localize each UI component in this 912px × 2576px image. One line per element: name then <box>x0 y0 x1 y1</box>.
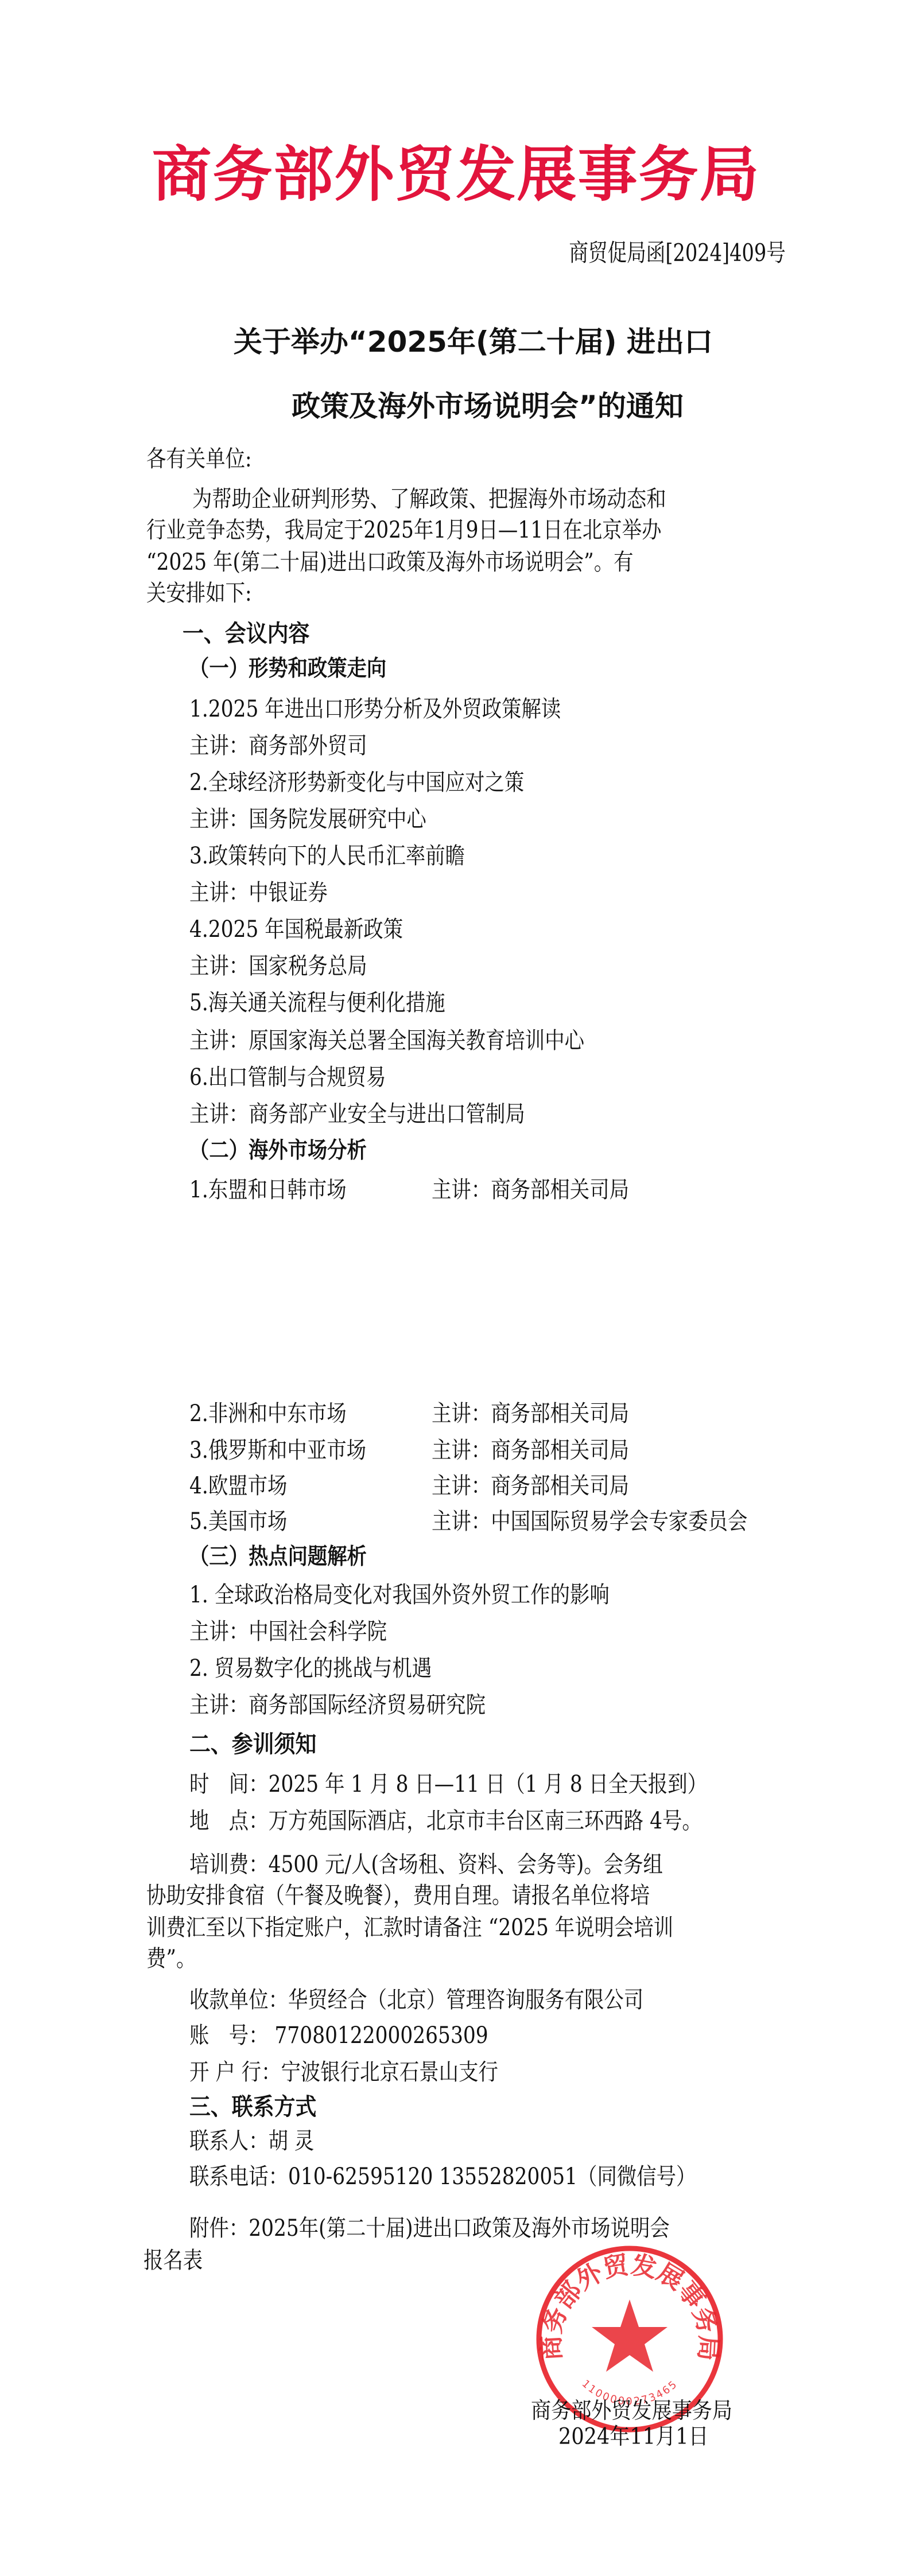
training-fee-line: 费”。 <box>146 1945 196 1972</box>
agenda-speaker: 主讲：商务部相关司局 <box>432 1400 629 1427</box>
agenda-topic: 6.出口管制与合规贸易 <box>189 1064 386 1091</box>
training-fee-line: 协助安排食宿（午餐及晚餐），费用自理。请报名单位将培 <box>146 1882 650 1909</box>
section-title-meeting-content: 一、会议内容 <box>183 620 309 647</box>
agenda-topic: 4.2025 年国税最新政策 <box>189 916 403 943</box>
agenda-speaker: 主讲：国家税务总局 <box>189 952 367 980</box>
attachment-line: 附件：2025年(第二十届)进出口政策及海外市场说明会 <box>189 2215 670 2242</box>
agenda-topic: 4.欧盟市场 <box>189 1472 287 1500</box>
document-number: 商贸促局函[2024]409号 <box>569 234 786 269</box>
agenda-speaker: 主讲：中国国际贸易学会专家委员会 <box>432 1508 747 1535</box>
intro-line: 为帮助企业研判形势、了解政策、把握海外市场动态和 <box>192 485 666 513</box>
intro-line: “2025 年(第二十届)进出口政策及海外市场说明会”。有 <box>146 548 633 576</box>
agenda-topic: 5.海关通关流程与便利化措施 <box>189 989 445 1017</box>
subsection-title-situation-policy: （一）形势和政策走向 <box>189 655 386 683</box>
intro-line: 关安排如下: <box>146 579 252 607</box>
agenda-topic: 2.全球经济形势新变化与中国应对之策 <box>189 769 524 796</box>
agenda-speaker: 主讲：中银证券 <box>189 879 328 906</box>
salutation: 各有关单位: <box>146 445 252 473</box>
signature-date: 2024年11月1日 <box>558 2424 709 2450</box>
agenda-speaker: 主讲：商务部外贸司 <box>189 732 367 760</box>
agenda-speaker: 主讲：商务部国际经济贸易研究院 <box>189 1691 486 1719</box>
agenda-speaker: 主讲：商务部相关司局 <box>432 1176 629 1204</box>
agenda-speaker: 主讲：中国社会科学院 <box>189 1618 387 1645</box>
subsection-title-overseas-markets: （二）海外市场分析 <box>189 1137 367 1165</box>
agenda-topic: 2.非洲和中东市场 <box>189 1400 347 1427</box>
agenda-speaker: 主讲：商务部产业安全与进出口管制局 <box>189 1100 525 1128</box>
agenda-topic: 5.美国市场 <box>189 1508 287 1535</box>
agenda-topic: 2. 贸易数字化的挑战与机遇 <box>189 1655 432 1682</box>
bank-account: 账 号： 77080122000265309 <box>189 2022 488 2049</box>
subsection-title-hot-topics: （三）热点问题解析 <box>189 1543 367 1571</box>
agenda-speaker: 主讲：商务部相关司局 <box>432 1472 629 1500</box>
payee: 收款单位：华贸经合（北京）管理咨询服务有限公司 <box>189 1986 643 2014</box>
agenda-topic: 1.2025 年进出口形势分析及外贸政策解读 <box>189 695 561 723</box>
star-icon <box>592 2299 667 2372</box>
bank-name: 开 户 行：宁波银行北京石景山支行 <box>189 2059 498 2086</box>
attachment-line: 报名表 <box>143 2247 203 2274</box>
notice-title-line-2: 政策及海外市场说明会”的通知 <box>0 383 912 425</box>
training-fee-line: 训费汇至以下指定账户，汇款时请备注 “2025 年说明会培训 <box>146 1914 673 1941</box>
agenda-speaker: 主讲：原国家海关总署全国海关教育培训中心 <box>189 1027 584 1054</box>
agenda-topic: 3.俄罗斯和中亚市场 <box>189 1437 366 1464</box>
contact-phone: 联系电话：010-62595120 13552820051（同微信号） <box>189 2163 696 2190</box>
agenda-topic: 1. 全球政治格局变化对我国外资外贸工作的影响 <box>189 1581 610 1609</box>
signature-organization: 商务部外贸发展事务局 <box>531 2398 732 2425</box>
agenda-speaker: 主讲：商务部相关司局 <box>432 1437 629 1464</box>
section-title-contact: 三、联系方式 <box>189 2093 316 2120</box>
intro-line: 行业竞争态势，我局定于2025年1月9日—11日在北京举办 <box>146 516 661 544</box>
agenda-topic: 3.政策转向下的人民币汇率前瞻 <box>189 842 465 870</box>
section-title-participation-notes: 二、参训须知 <box>189 1730 316 1758</box>
contact-person: 联系人：胡 灵 <box>189 2127 314 2155</box>
meeting-time: 时 间：2025 年 1 月 8 日—11 日（1 月 8 日全天报到） <box>189 1770 707 1798</box>
agenda-speaker: 主讲：国务院发展研究中心 <box>189 806 426 833</box>
training-fee-line: 培训费：4500 元/人(含场租、资料、会务等)。会务组 <box>189 1851 663 1878</box>
organization-title: 商务部外贸发展事务局 <box>0 126 912 212</box>
notice-title-line-1: 关于举办“2025年(第二十届) 进出口 <box>0 319 912 360</box>
agenda-topic: 1.东盟和日韩市场 <box>189 1176 347 1204</box>
meeting-place: 地 点：万方苑国际酒店，北京市丰台区南三环西路 4号。 <box>189 1807 702 1835</box>
